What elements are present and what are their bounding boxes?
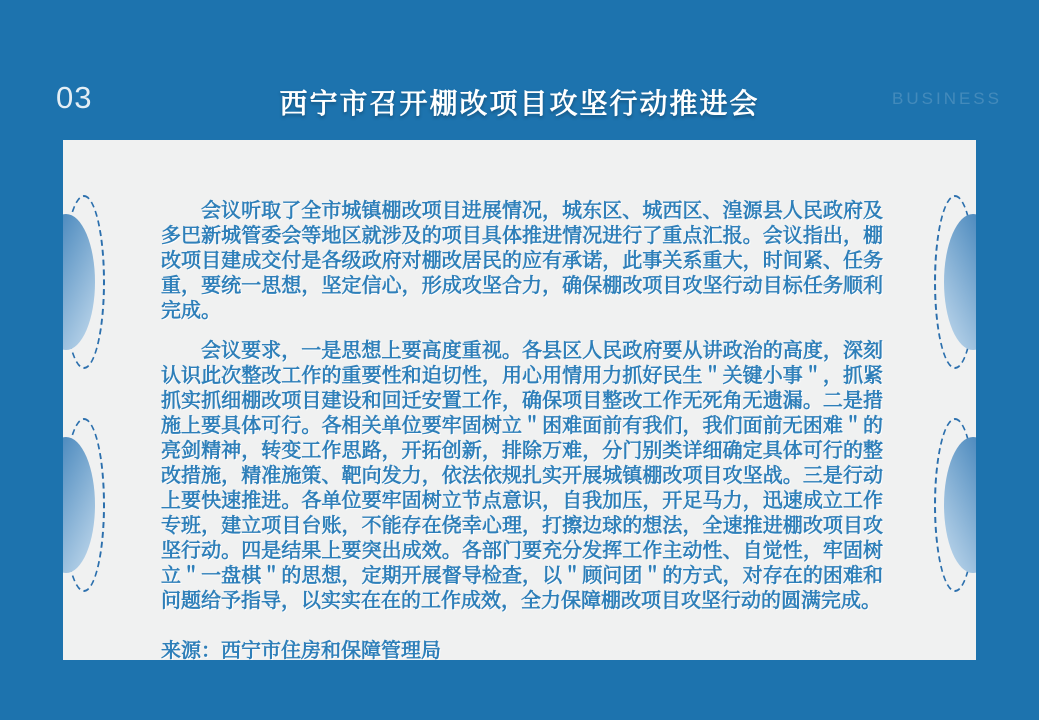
decor-oval-right-top	[934, 195, 976, 369]
decor-oval-left-top	[63, 195, 105, 369]
paragraph-2: 会议要求，一是思想上要高度重视。各县区人民政府要从讲政治的高度，深刻认识此次整改…	[161, 339, 883, 614]
source-line: 来源：西宁市住房和保障管理局	[161, 639, 883, 660]
business-watermark: BUSINESS	[892, 89, 1002, 109]
content-card: 会议听取了全市城镇棚改项目进展情况，城东区、城西区、湟源县人民政府及多巴新城管委…	[63, 140, 976, 660]
body-text: 会议听取了全市城镇棚改项目进展情况，城东区、城西区、湟源县人民政府及多巴新城管委…	[161, 199, 883, 660]
presentation-slide: 03 西宁市召开棚改项目攻坚行动推进会 BUSINESS 会议听取了全市城镇棚改…	[0, 0, 1039, 720]
decor-oval-left-bottom	[63, 418, 105, 592]
slide-title: 西宁市召开棚改项目攻坚行动推进会	[0, 82, 1039, 122]
decor-oval-right-bottom	[934, 418, 976, 592]
paragraph-1: 会议听取了全市城镇棚改项目进展情况，城东区、城西区、湟源县人民政府及多巴新城管委…	[161, 199, 883, 324]
